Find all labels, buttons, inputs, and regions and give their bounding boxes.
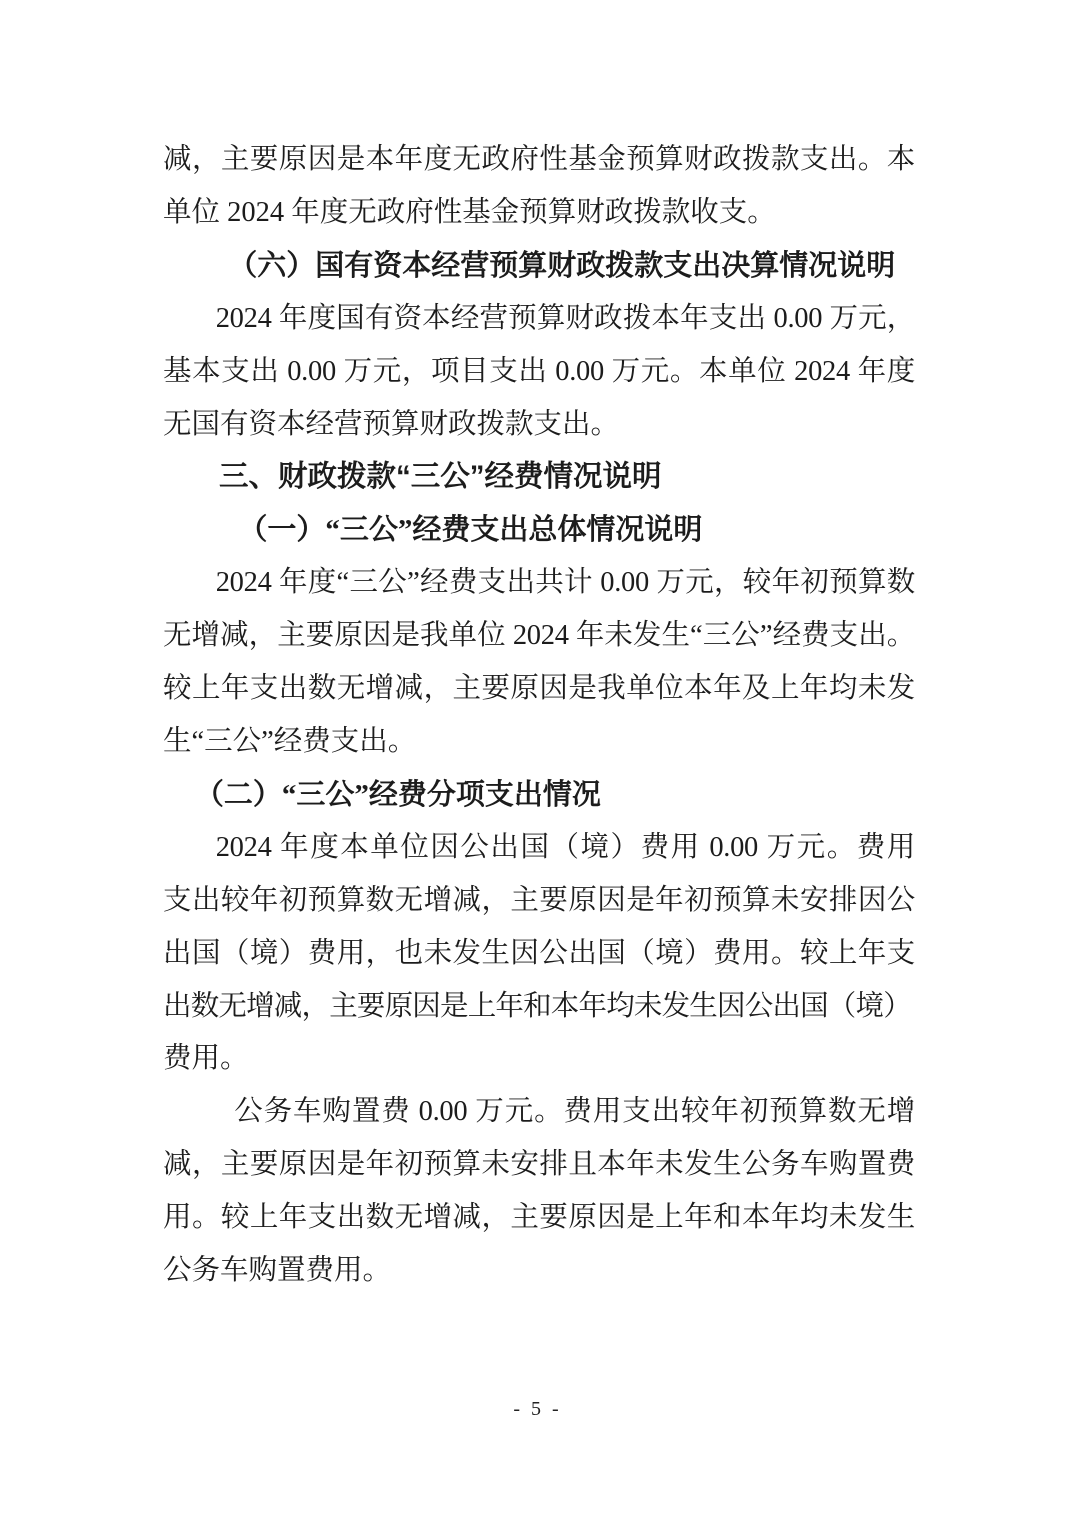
paragraph-line: 费用。 [163,1033,915,1086]
paragraph-line: 减，主要原因是本年度无政府性基金预算财政拨款支出。本 [163,134,915,187]
paragraph-line: 2024 年度“三公”经费支出共计 0.00 万元，较年初预算数 [163,557,915,610]
paragraph-line: 减，主要原因是年初预算未安排且本年未发生公务车购置费 [163,1139,915,1192]
section-heading: （一）“三公”经费支出总体情况说明 [163,504,915,557]
paragraph-line: 生“三公”经费支出。 [163,716,915,769]
paragraph-line: 用。较上年支出数无增减，主要原因是上年和本年均未发生 [163,1192,915,1245]
paragraph-line: 2024 年度本单位因公出国（境）费用 0.00 万元。费用 [163,822,915,875]
paragraph-line: 出数无增减，主要原因是上年和本年均未发生因公出国（境） [163,981,915,1034]
section-heading: （六）国有资本经营预算财政拨款支出决算情况说明 [163,240,915,293]
paragraph-line: 无增减，主要原因是我单位 2024 年未发生“三公”经费支出。 [163,610,915,663]
paragraph-line: 基本支出 0.00 万元，项目支出 0.00 万元。本单位 2024 年度 [163,346,915,399]
paragraph-line: 支出较年初预算数无增减，主要原因是年初预算未安排因公 [163,875,915,928]
paragraph-line: 出国（境）费用，也未发生因公出国（境）费用。较上年支 [163,928,915,981]
paragraph-line: 无国有资本经营预算财政拨款支出。 [163,399,915,452]
paragraph-line: 较上年支出数无增减，主要原因是我单位本年及上年均未发 [163,663,915,716]
section-heading: 三、财政拨款“三公”经费情况说明 [163,451,915,504]
document-page: 减，主要原因是本年度无政府性基金预算财政拨款支出。本单位 2024 年度无政府性… [0,0,1075,1520]
paragraph-line: 公务车购置费 0.00 万元。费用支出较年初预算数无增 [163,1086,915,1139]
paragraph-line: 2024 年度国有资本经营预算财政拨本年支出 0.00 万元， [163,293,915,346]
page-number: - 5 - [0,1398,1075,1421]
section-heading: （二）“三公”经费分项支出情况 [163,769,915,822]
paragraph-line: 公务车购置费用。 [163,1245,915,1298]
document-body: 减，主要原因是本年度无政府性基金预算财政拨款支出。本单位 2024 年度无政府性… [163,134,915,1298]
paragraph-line: 单位 2024 年度无政府性基金预算财政拨款收支。 [163,187,915,240]
